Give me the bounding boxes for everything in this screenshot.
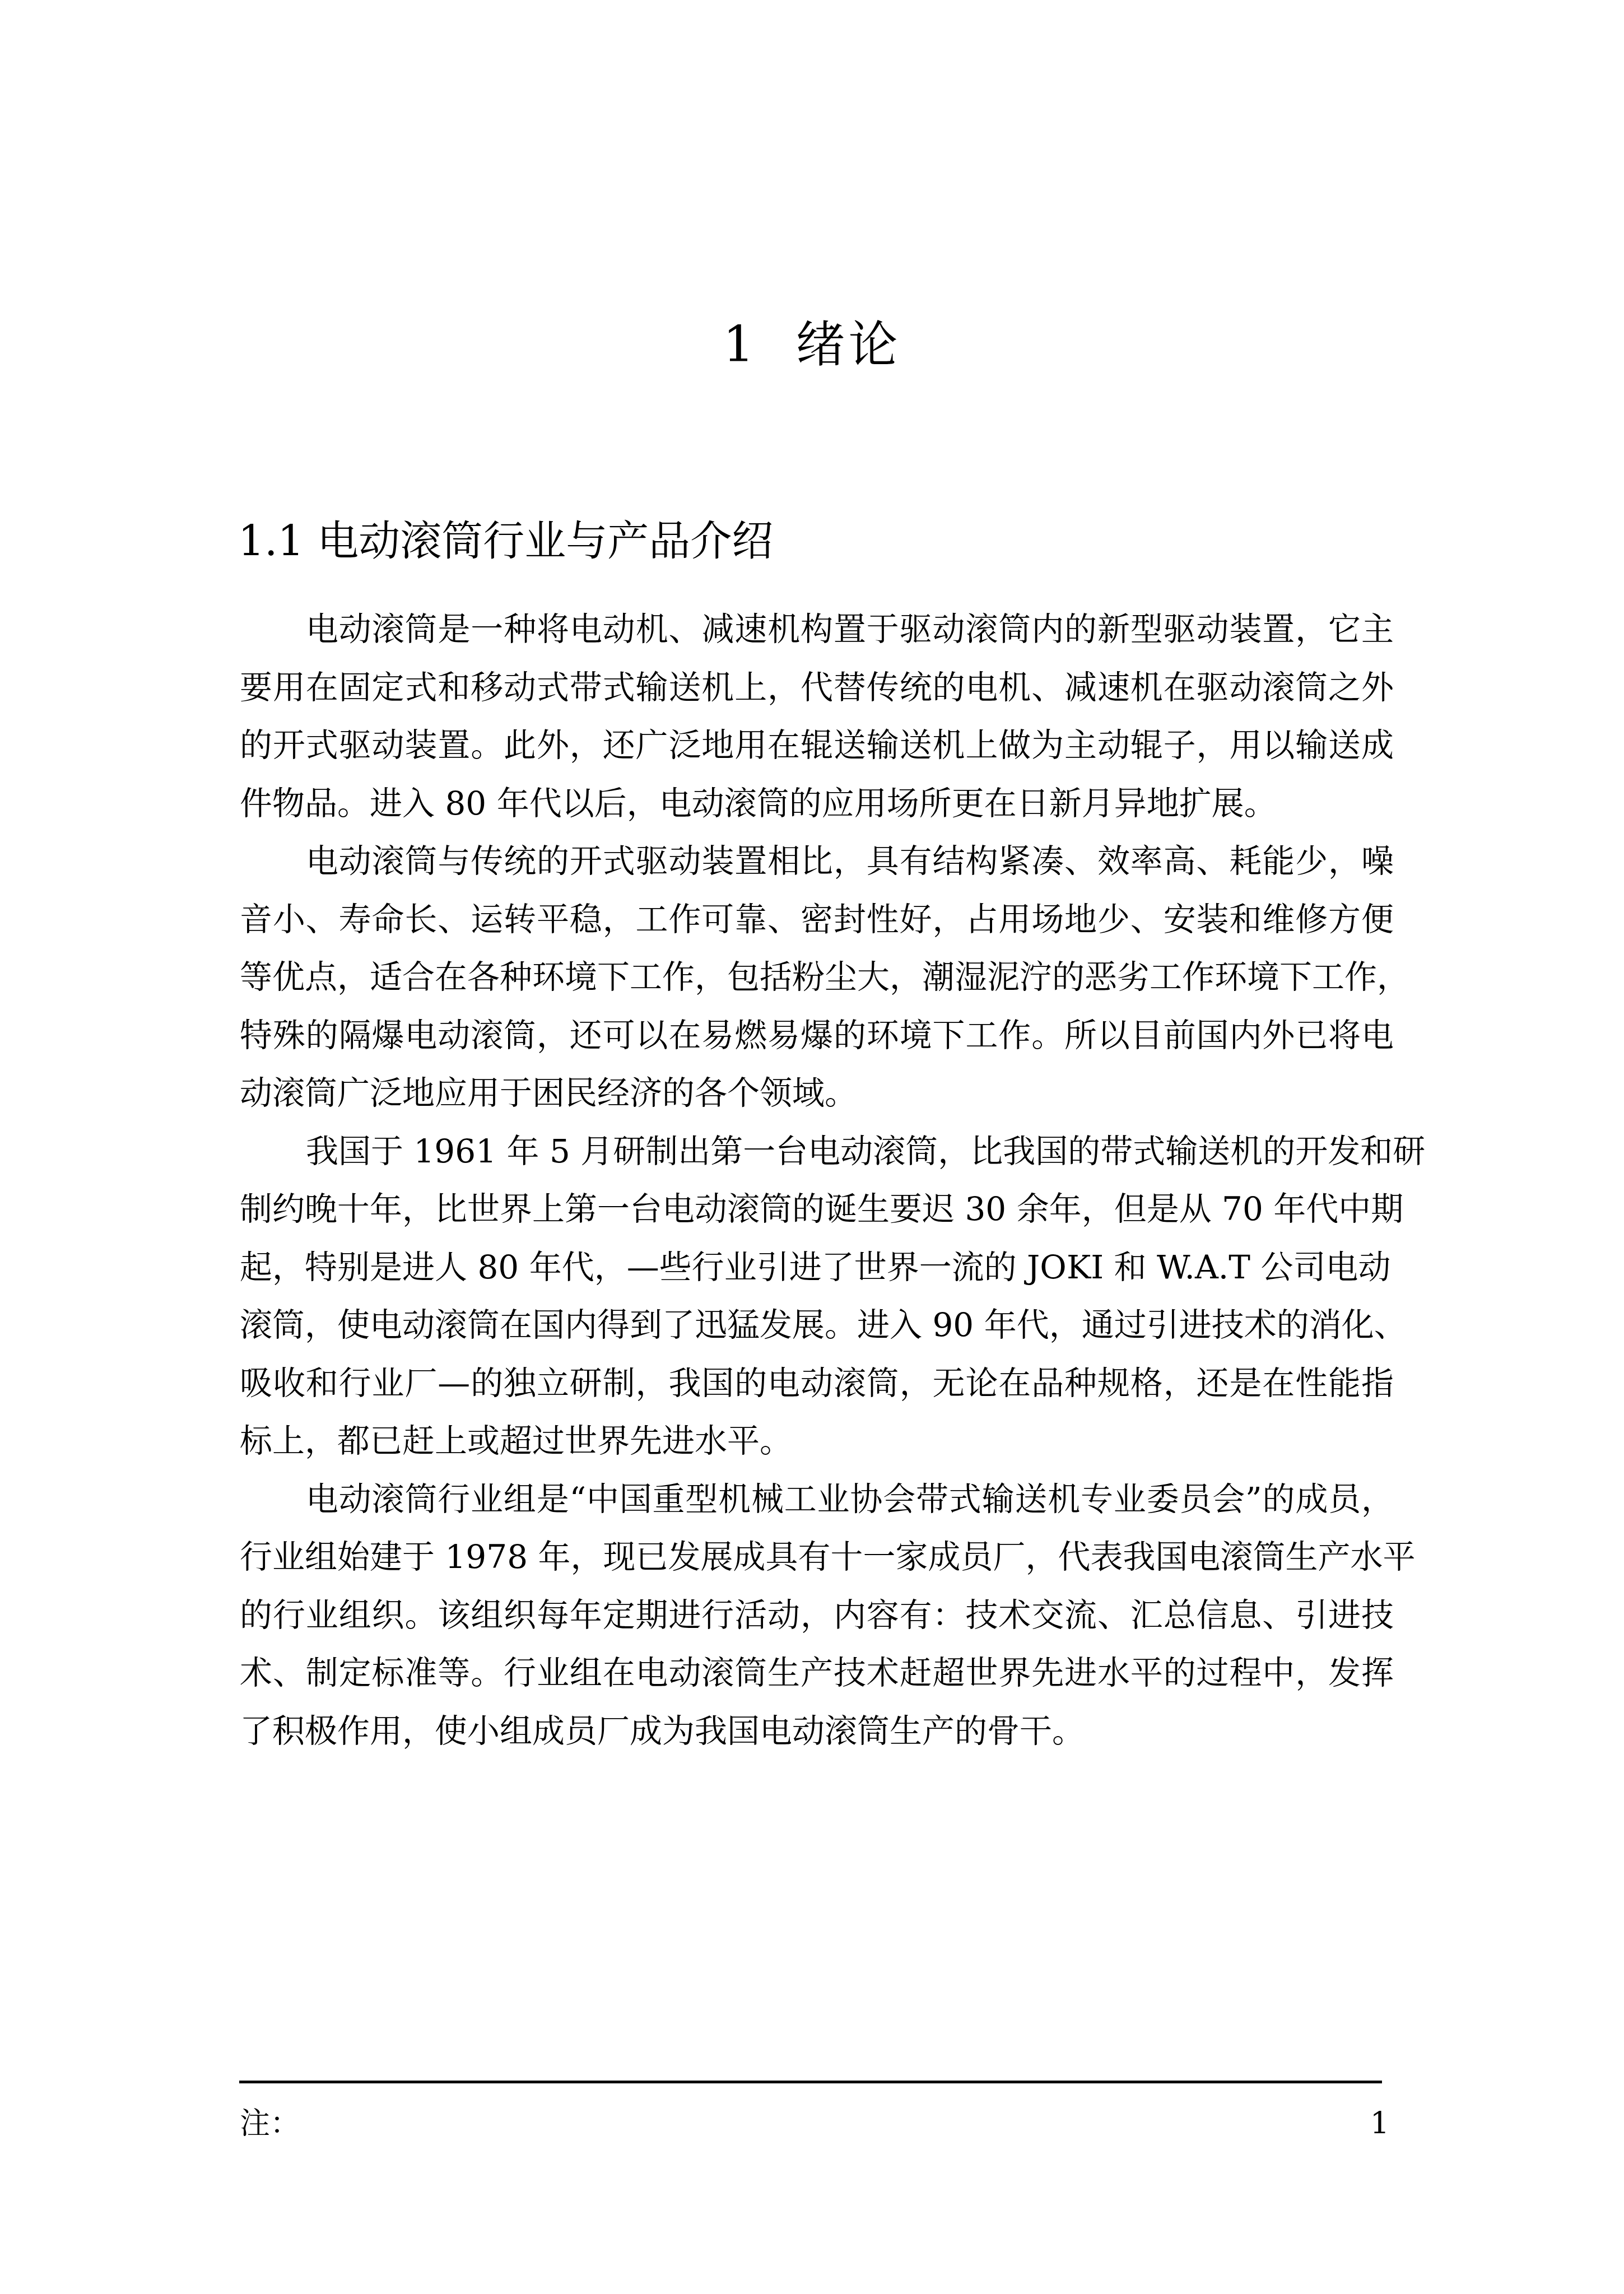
text-line: 吸收和行业厂—的独立研制，我国的电动滚筒，无论在品种规格，还是在性能指	[240, 1355, 1394, 1413]
paragraph-1: 电动滚筒是一种将电动机、减速机构置于驱动滚筒内的新型驱动装置，它主 要用在固定式…	[240, 601, 1394, 832]
text-line: 动滚筒广泛地应用于困民经济的各个领域。	[240, 1064, 1394, 1123]
text-line: 了积极作用，使小组成员厂成为我国电动滚筒生产的骨干。	[240, 1702, 1394, 1761]
paragraph-2: 电动滚筒与传统的开式驱动装置相比，具有结构紧凑、效率高、耗能少，噪 音小、寿命长…	[240, 832, 1394, 1123]
text-line: 行业组始建于 1978 年，现已发展成具有十一家成员厂，代表我国电滚筒生产水平	[240, 1528, 1394, 1586]
chapter-title: 1 绪论	[0, 314, 1624, 375]
document-page: 1 绪论 1.1 电动滚筒行业与产品介绍 电动滚筒是一种将电动机、减速机构置于驱…	[0, 0, 1624, 2294]
section-title: 1.1 电动滚筒行业与产品介绍	[238, 513, 773, 569]
text-line: 我国于 1961 年 5 月研制出第一台电动滚筒，比我国的带式输送机的开发和研	[240, 1123, 1394, 1181]
text-line: 音小、寿命长、运转平稳，工作可靠、密封性好，占用场地少、安装和维修方便	[240, 891, 1394, 949]
text-line: 术、制定标准等。行业组在电动滚筒生产技术赶超世界先进水平的过程中，发挥	[240, 1644, 1394, 1702]
footer-note-label: 注：	[240, 2104, 300, 2143]
text-line: 电动滚筒行业组是“中国重型机械工业协会带式输送机专业委员会”的成员，	[240, 1471, 1394, 1529]
paragraph-3: 我国于 1961 年 5 月研制出第一台电动滚筒，比我国的带式输送机的开发和研 …	[240, 1123, 1394, 1471]
text-line: 电动滚筒与传统的开式驱动装置相比，具有结构紧凑、效率高、耗能少，噪	[240, 832, 1394, 891]
text-line: 电动滚筒是一种将电动机、减速机构置于驱动滚筒内的新型驱动装置，它主	[240, 601, 1394, 659]
text-line: 要用在固定式和移动式带式输送机上，代替传统的电机、减速机在驱动滚筒之外	[240, 659, 1394, 717]
text-line: 等优点，适合在各种环境下工作，包括粉尘大，潮湿泥泞的恶劣工作环境下工作，	[240, 948, 1394, 1007]
text-line: 的开式驱动装置。此外，还广泛地用在辊送输送机上做为主动辊子，用以输送成	[240, 716, 1394, 775]
text-line: 特殊的隔爆电动滚筒，还可以在易燃易爆的环境下工作。所以目前国内外已将电	[240, 1007, 1394, 1065]
text-line: 起，特别是进人 80 年代，—些行业引进了世界一流的 JOKI 和 W.A.T …	[240, 1239, 1394, 1297]
text-line: 的行业组织。该组织每年定期进行活动，内容有：技术交流、汇总信息、引进技	[240, 1586, 1394, 1645]
paragraph-4: 电动滚筒行业组是“中国重型机械工业协会带式输送机专业委员会”的成员， 行业组始建…	[240, 1471, 1394, 1761]
footer-divider	[239, 2081, 1382, 2083]
text-line: 件物品。进入 80 年代以后，电动滚筒的应用场所更在日新月异地扩展。	[240, 775, 1394, 833]
text-line: 制约晚十年，比世界上第一台电动滚筒的诞生要迟 30 余年，但是从 70 年代中期	[240, 1180, 1394, 1239]
text-line: 滚筒，使电动滚筒在国内得到了迅猛发展。进入 90 年代，通过引进技术的消化、	[240, 1296, 1394, 1355]
page-number: 1	[1356, 2104, 1389, 2143]
text-line: 标上，都已赶上或超过世界先进水平。	[240, 1412, 1394, 1471]
body-text: 电动滚筒是一种将电动机、减速机构置于驱动滚筒内的新型驱动装置，它主 要用在固定式…	[240, 601, 1394, 1760]
